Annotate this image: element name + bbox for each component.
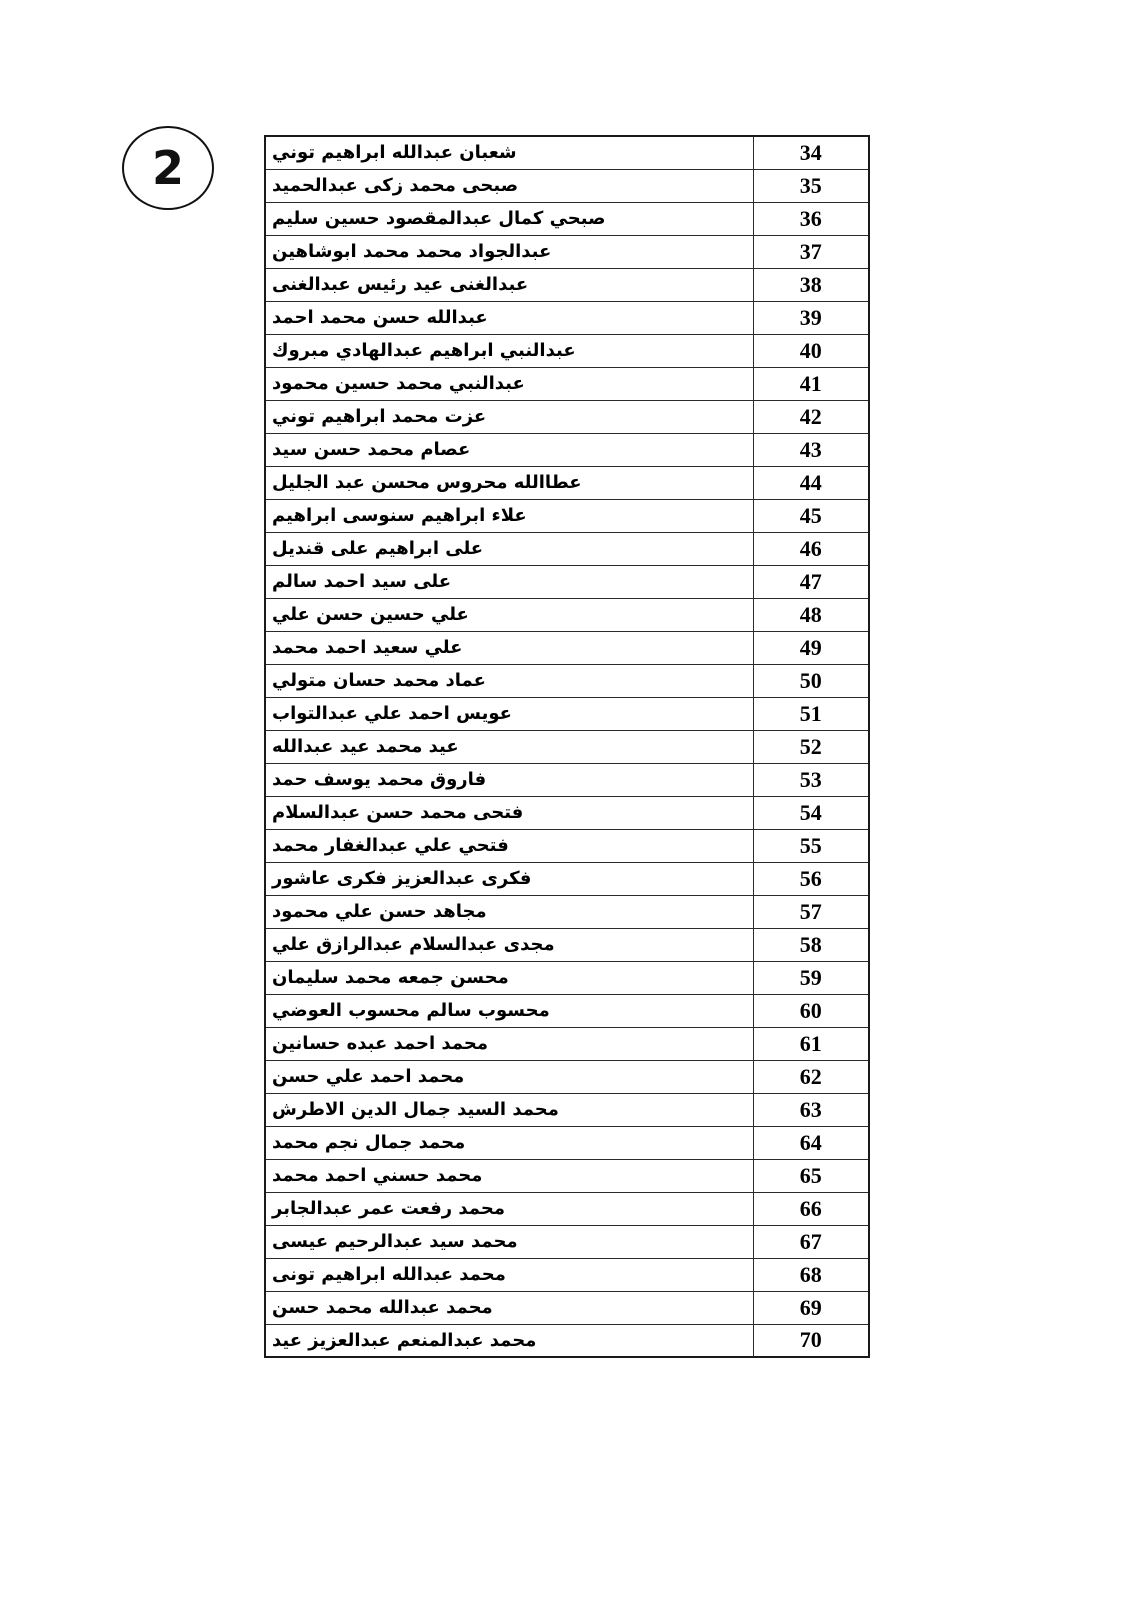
serial-number-cell: 46 [753, 532, 869, 565]
name-cell: مجدى عبدالسلام عبدالرازق علي [265, 928, 753, 961]
name-cell: عصام محمد حسن سيد [265, 433, 753, 466]
names-table: شعبان عبدالله ابراهيم توني 34 صبحى محمد … [264, 135, 870, 1358]
table-row: عماد محمد حسان متولي 50 [265, 664, 869, 697]
table-row: علي حسين حسن علي 48 [265, 598, 869, 631]
serial-number-cell: 65 [753, 1159, 869, 1192]
name-cell: فتحى محمد حسن عبدالسلام [265, 796, 753, 829]
serial-number-cell: 42 [753, 400, 869, 433]
table-row: محسن جمعه محمد سليمان 59 [265, 961, 869, 994]
name-cell: عطاالله محروس محسن عبد الجليل [265, 466, 753, 499]
name-cell: عبدالجواد محمد محمد ابوشاهين [265, 235, 753, 268]
names-table-body: شعبان عبدالله ابراهيم توني 34 صبحى محمد … [265, 136, 869, 1357]
table-row: محمد حسني احمد محمد 65 [265, 1159, 869, 1192]
name-cell: محمد عبدالمنعم عبدالعزيز عيد [265, 1324, 753, 1357]
table-row: عبدالجواد محمد محمد ابوشاهين 37 [265, 235, 869, 268]
name-cell: عيد محمد عيد عبدالله [265, 730, 753, 763]
serial-number-cell: 45 [753, 499, 869, 532]
serial-number-cell: 58 [753, 928, 869, 961]
table-row: عصام محمد حسن سيد 43 [265, 433, 869, 466]
table-row: محمد عبدالله محمد حسن 69 [265, 1291, 869, 1324]
table-row: محسوب سالم محسوب العوضي 60 [265, 994, 869, 1027]
table-row: عزت محمد ابراهيم توني 42 [265, 400, 869, 433]
serial-number-cell: 52 [753, 730, 869, 763]
name-cell: محمد السيد جمال الدين الاطرش [265, 1093, 753, 1126]
serial-number-cell: 63 [753, 1093, 869, 1126]
name-cell: على سيد احمد سالم [265, 565, 753, 598]
name-cell: عبدالله حسن محمد احمد [265, 301, 753, 334]
document-page: 2 شعبان عبدالله ابراهيم توني 34 صبحى محم… [0, 0, 1131, 1600]
serial-number-cell: 59 [753, 961, 869, 994]
name-cell: فاروق محمد يوسف حمد [265, 763, 753, 796]
name-cell: فكرى عبدالعزيز فكرى عاشور [265, 862, 753, 895]
name-cell: على ابراهيم على قنديل [265, 532, 753, 565]
table-row: صبحي كمال عبدالمقصود حسين سليم 36 [265, 202, 869, 235]
table-row: محمد عبدالله ابراهيم تونى 68 [265, 1258, 869, 1291]
table-row: محمد سيد عبدالرحيم عيسى 67 [265, 1225, 869, 1258]
serial-number-cell: 40 [753, 334, 869, 367]
table-row: محمد احمد علي حسن 62 [265, 1060, 869, 1093]
serial-number-cell: 50 [753, 664, 869, 697]
table-row: عطاالله محروس محسن عبد الجليل 44 [265, 466, 869, 499]
name-cell: عبدالنبي ابراهيم عبدالهادي مبروك [265, 334, 753, 367]
table-row: شعبان عبدالله ابراهيم توني 34 [265, 136, 869, 169]
name-cell: محمد جمال نجم محمد [265, 1126, 753, 1159]
table-row: صبحى محمد زكى عبدالحميد 35 [265, 169, 869, 202]
table-row: محمد عبدالمنعم عبدالعزيز عيد 70 [265, 1324, 869, 1357]
name-cell: مجاهد حسن علي محمود [265, 895, 753, 928]
name-cell: محسن جمعه محمد سليمان [265, 961, 753, 994]
table-row: فتحي علي عبدالغفار محمد 55 [265, 829, 869, 862]
name-cell: محمد احمد علي حسن [265, 1060, 753, 1093]
name-cell: محمد عبدالله محمد حسن [265, 1291, 753, 1324]
table-row: عيد محمد عيد عبدالله 52 [265, 730, 869, 763]
serial-number-cell: 51 [753, 697, 869, 730]
serial-number-cell: 69 [753, 1291, 869, 1324]
name-cell: فتحي علي عبدالغفار محمد [265, 829, 753, 862]
serial-number-cell: 39 [753, 301, 869, 334]
serial-number-cell: 35 [753, 169, 869, 202]
table-row: فتحى محمد حسن عبدالسلام 54 [265, 796, 869, 829]
serial-number-cell: 56 [753, 862, 869, 895]
serial-number-cell: 34 [753, 136, 869, 169]
table-row: محمد رفعت عمر عبدالجابر 66 [265, 1192, 869, 1225]
name-cell: علي حسين حسن علي [265, 598, 753, 631]
table-row: علي سعيد احمد محمد 49 [265, 631, 869, 664]
table-row: مجدى عبدالسلام عبدالرازق علي 58 [265, 928, 869, 961]
name-cell: محمد عبدالله ابراهيم تونى [265, 1258, 753, 1291]
name-cell: صبحي كمال عبدالمقصود حسين سليم [265, 202, 753, 235]
serial-number-cell: 49 [753, 631, 869, 664]
name-cell: محسوب سالم محسوب العوضي [265, 994, 753, 1027]
page-number-badge: 2 [122, 126, 214, 210]
table-row: محمد جمال نجم محمد 64 [265, 1126, 869, 1159]
table-row: على ابراهيم على قنديل 46 [265, 532, 869, 565]
name-cell: محمد احمد عبده حسانين [265, 1027, 753, 1060]
serial-number-cell: 55 [753, 829, 869, 862]
table-row: محمد احمد عبده حسانين 61 [265, 1027, 869, 1060]
name-cell: شعبان عبدالله ابراهيم توني [265, 136, 753, 169]
name-cell: محمد سيد عبدالرحيم عيسى [265, 1225, 753, 1258]
serial-number-cell: 57 [753, 895, 869, 928]
table-row: علاء ابراهيم سنوسى ابراهيم 45 [265, 499, 869, 532]
serial-number-cell: 41 [753, 367, 869, 400]
page-number: 2 [152, 145, 184, 191]
table-row: فاروق محمد يوسف حمد 53 [265, 763, 869, 796]
table-row: مجاهد حسن علي محمود 57 [265, 895, 869, 928]
table-row: عبدالنبي محمد حسين محمود 41 [265, 367, 869, 400]
name-cell: صبحى محمد زكى عبدالحميد [265, 169, 753, 202]
name-cell: محمد رفعت عمر عبدالجابر [265, 1192, 753, 1225]
table-row: عبدالله حسن محمد احمد 39 [265, 301, 869, 334]
serial-number-cell: 70 [753, 1324, 869, 1357]
name-cell: محمد حسني احمد محمد [265, 1159, 753, 1192]
serial-number-cell: 48 [753, 598, 869, 631]
name-cell: عبدالغنى عيد رئيس عبدالغنى [265, 268, 753, 301]
serial-number-cell: 61 [753, 1027, 869, 1060]
serial-number-cell: 62 [753, 1060, 869, 1093]
name-cell: علاء ابراهيم سنوسى ابراهيم [265, 499, 753, 532]
table-row: فكرى عبدالعزيز فكرى عاشور 56 [265, 862, 869, 895]
serial-number-cell: 54 [753, 796, 869, 829]
name-cell: عماد محمد حسان متولي [265, 664, 753, 697]
serial-number-cell: 66 [753, 1192, 869, 1225]
table-row: عبدالنبي ابراهيم عبدالهادي مبروك 40 [265, 334, 869, 367]
serial-number-cell: 64 [753, 1126, 869, 1159]
table-row: محمد السيد جمال الدين الاطرش 63 [265, 1093, 869, 1126]
serial-number-cell: 44 [753, 466, 869, 499]
serial-number-cell: 47 [753, 565, 869, 598]
name-cell: عبدالنبي محمد حسين محمود [265, 367, 753, 400]
serial-number-cell: 38 [753, 268, 869, 301]
table-row: عبدالغنى عيد رئيس عبدالغنى 38 [265, 268, 869, 301]
table-row: عويس احمد علي عبدالتواب 51 [265, 697, 869, 730]
name-cell: علي سعيد احمد محمد [265, 631, 753, 664]
serial-number-cell: 68 [753, 1258, 869, 1291]
name-cell: عزت محمد ابراهيم توني [265, 400, 753, 433]
table-row: على سيد احمد سالم 47 [265, 565, 869, 598]
name-cell: عويس احمد علي عبدالتواب [265, 697, 753, 730]
serial-number-cell: 36 [753, 202, 869, 235]
serial-number-cell: 53 [753, 763, 869, 796]
serial-number-cell: 60 [753, 994, 869, 1027]
serial-number-cell: 67 [753, 1225, 869, 1258]
serial-number-cell: 37 [753, 235, 869, 268]
serial-number-cell: 43 [753, 433, 869, 466]
